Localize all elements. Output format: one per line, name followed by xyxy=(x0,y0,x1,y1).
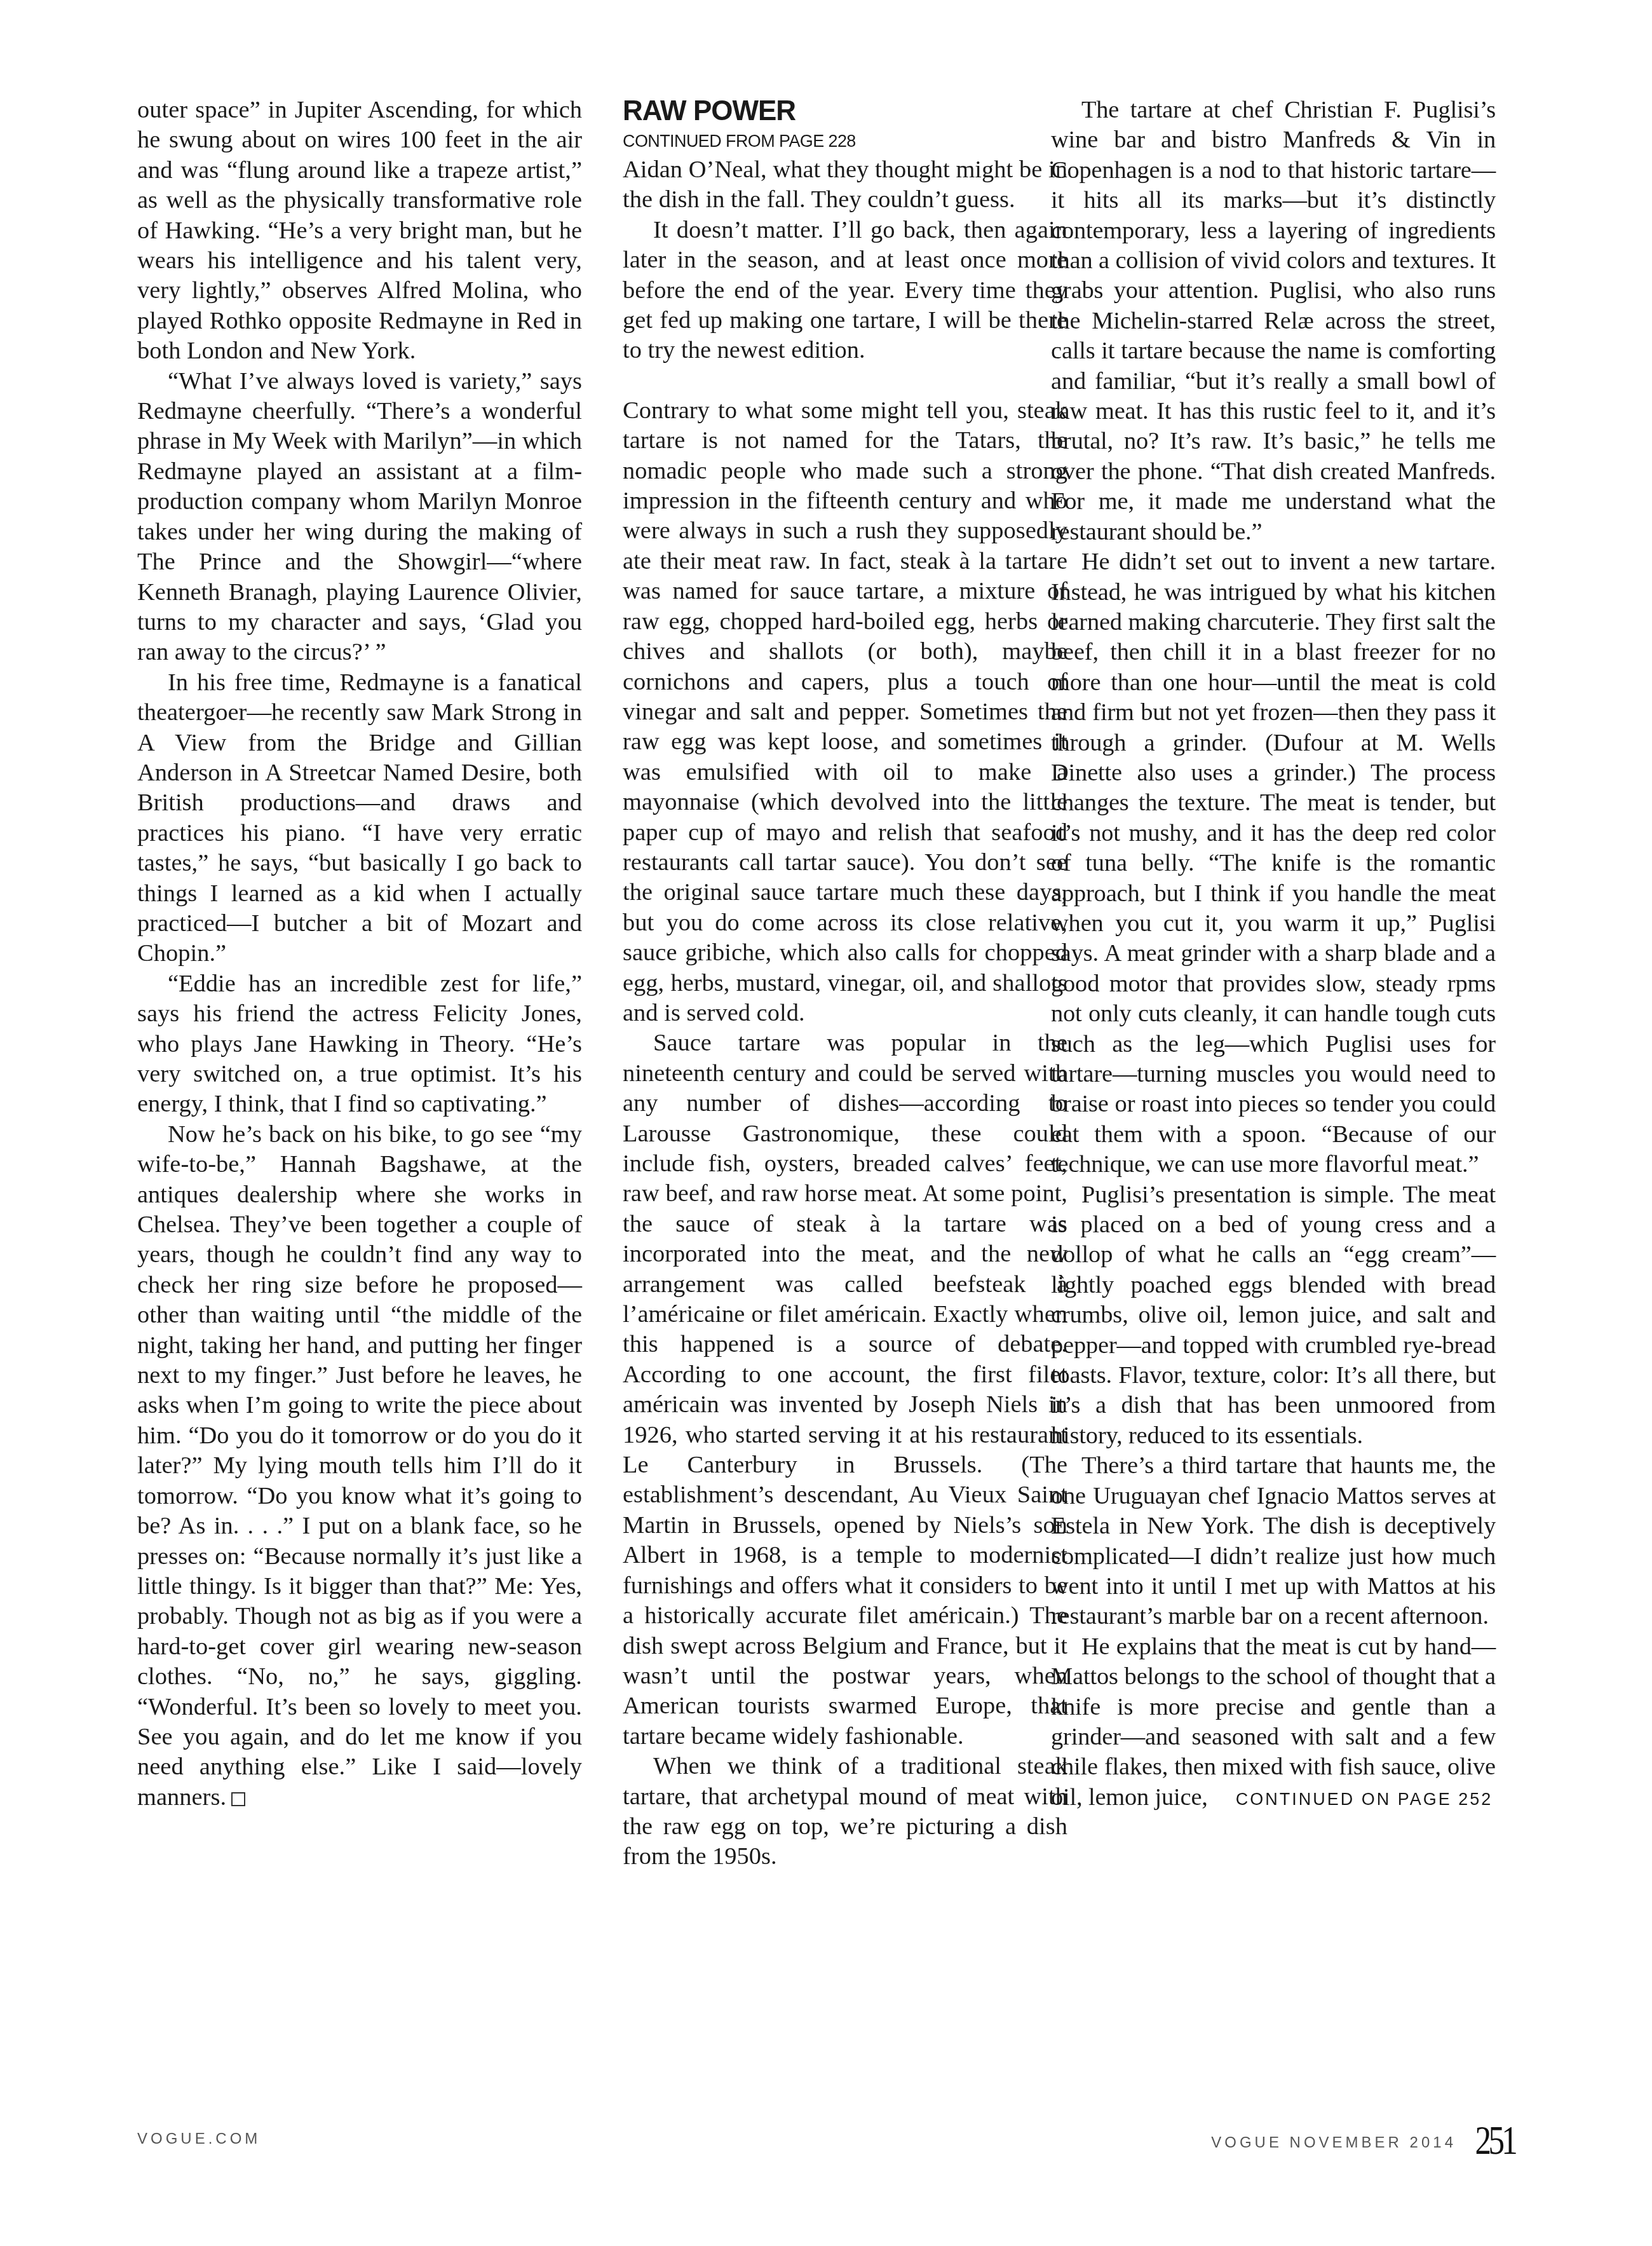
paragraph: Contrary to what some might tell you, st… xyxy=(623,396,1067,1029)
paragraph: Aidan O’Neal, what they thought might be… xyxy=(623,155,1067,215)
footer-issue: VOGUE NOVEMBER 2014 xyxy=(1211,2134,1456,2152)
end-mark-icon xyxy=(231,1792,245,1806)
column-1: outer space” in Jupiter Ascending, for w… xyxy=(137,95,582,1813)
footer-folio: VOGUE NOVEMBER 2014 251 xyxy=(1211,2121,1515,2160)
footer-website: VOGUE.COM xyxy=(137,2130,261,2148)
paragraph: There’s a third tartare that haunts me, … xyxy=(1051,1451,1496,1631)
paragraph: “Eddie has an incredible zest for life,”… xyxy=(137,969,582,1120)
paragraph-last: Now he’s back on his bike, to go see “my… xyxy=(137,1120,582,1813)
page-number: 251 xyxy=(1475,2121,1515,2160)
paragraph: He didn’t set out to invent a new tartar… xyxy=(1051,547,1496,1180)
paragraph: The tartare at chef Christian F. Puglisi… xyxy=(1051,95,1496,547)
paragraph: In his free time, Redmayne is a fanatica… xyxy=(137,668,582,969)
paragraph: Sauce tartare was popular in the ninetee… xyxy=(623,1028,1067,1752)
paragraph-text: Now he’s back on his bike, to go see “my… xyxy=(137,1121,582,1811)
paragraph: It doesn’t matter. I’ll go back, then ag… xyxy=(623,215,1067,366)
section-headline: RAW POWER xyxy=(623,95,1067,127)
paragraph-text: He explains that the meat is cut by hand… xyxy=(1051,1633,1496,1811)
column-3: The tartare at chef Christian F. Puglisi… xyxy=(1051,95,1496,1814)
continued-from: CONTINUED FROM PAGE 228 xyxy=(623,127,1067,155)
paragraph: When we think of a traditional steak tar… xyxy=(623,1752,1067,1872)
continued-on-link: CONTINUED ON PAGE 252 xyxy=(1236,1790,1493,1809)
paragraph-last: He explains that the meat is cut by hand… xyxy=(1051,1632,1496,1814)
paragraph: outer space” in Jupiter Ascending, for w… xyxy=(137,95,582,367)
paragraph: “What I’ve always loved is variety,” say… xyxy=(137,367,582,668)
paragraph: Puglisi’s presentation is simple. The me… xyxy=(1051,1180,1496,1452)
column-2: RAW POWER CONTINUED FROM PAGE 228 Aidan … xyxy=(623,95,1067,1872)
